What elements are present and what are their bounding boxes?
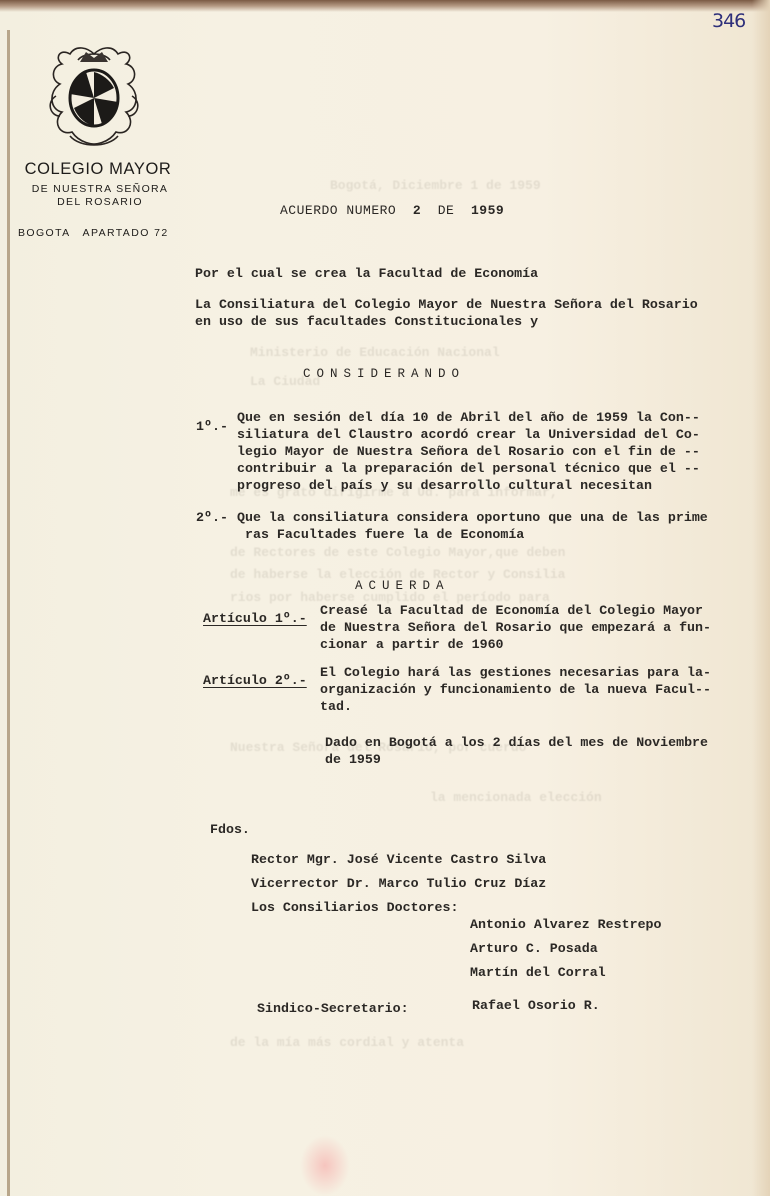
consideration-line: contribuir a la preparación del personal… [237,461,700,478]
document-title: ACUERDO NUMERO 2 DE 1959 [280,203,504,220]
dated-line: Dado en Bogotá a los 2 días del mes de N… [325,735,708,752]
city: BOGOTA [18,227,71,239]
letterhead: COLEGIO MAYOR DE NUESTRA SEÑORA DEL ROSA… [0,160,200,208]
consideration-line: Que la consiliatura considera oportuno q… [237,510,708,527]
bleed-through-text: de Rectores de este Colegio Mayor,que de… [230,545,565,560]
page-edge-shadow [752,0,770,1196]
page-top-edge [0,0,770,12]
coat-of-arms-icon [40,40,148,152]
signatory-consiliario: Antonio Alvarez Restrepo [470,917,662,934]
institution-subtitle: DE NUESTRA SEÑORA [0,183,200,195]
sindico-label: Sindico-Secretario: [257,1001,409,1018]
bleed-through-text: Ministerio de Educación Nacional [250,345,500,360]
signatory-rector: Rector Mgr. José Vicente Castro Silva [251,852,546,869]
article-line: de Nuestra Señora del Rosario que empeza… [320,620,711,637]
article-1-label: Artículo 1º.- [203,611,307,626]
stamp-mark [300,1135,350,1196]
article-line: organización y funcionamiento de la nuev… [320,682,711,699]
consideration-label: 1º.- [196,419,228,436]
dated-line: de 1959 [325,752,381,769]
article-label: Artículo 1º.- [203,611,307,628]
signatory-consiliario: Arturo C. Posada [470,941,598,958]
institution-name: COLEGIO MAYOR [0,160,200,179]
bleed-through-text: la mencionada elección [430,790,602,805]
bleed-through-text: de la mía más cordial y atenta [230,1035,464,1050]
title-prefix: ACUERDO NUMERO [280,203,396,218]
title-de: DE [438,203,455,218]
agreement-number: 2 [413,203,421,218]
consideration-line: ras Facultades fuere la de Economía [245,527,524,544]
article-2-label: Artículo 2º.- [203,673,307,688]
signatory-sindico: Rafael Osorio R. [472,998,600,1015]
article-line: cionar a partir de 1960 [320,637,504,654]
consideration-label: 2º.- [196,510,228,527]
preamble-line: en uso de sus facultades Constitucionale… [195,314,538,331]
document-page: Bogotá, Diciembre 1 de 1959 Ministerio d… [0,0,770,1196]
letterhead-address: BOGOTAAPARTADO 72 [18,227,169,239]
consideration-line: Que en sesión del día 10 de Abril del añ… [237,410,700,427]
po-box: APARTADO 72 [83,227,169,239]
institution-subtitle: DEL ROSARIO [0,196,200,208]
article-line: Creasé la Facultad de Economía del Coleg… [320,603,703,620]
consiliarios-label: Los Consiliarios Doctores: [251,900,458,917]
agreement-year: 1959 [471,203,504,218]
bleed-through-text: Bogotá, Diciembre 1 de 1959 [330,178,541,193]
consideration-line: progreso del país y su desarrollo cultur… [237,478,652,495]
subject-line: Por el cual se crea la Facultad de Econo… [195,266,538,283]
acuerda-heading: ACUERDA [355,578,450,595]
fdos-label: Fdos. [210,822,250,839]
article-line: tad. [320,699,352,716]
consideration-line: legio Mayor de Nuestra Señora del Rosari… [237,444,700,461]
consideration-line: siliatura del Claustro acordó crear la U… [237,427,700,444]
considerando-heading: CONSIDERANDO [303,366,465,383]
preamble-line: La Consiliatura del Colegio Mayor de Nue… [195,297,698,314]
signatory-consiliario: Martín del Corral [470,965,606,982]
folio-number: 346 [712,10,745,32]
article-label: Artículo 2º.- [203,673,307,690]
signatory-vicerrector: Vicerrector Dr. Marco Tulio Cruz Díaz [251,876,546,893]
article-line: El Colegio hará las gestiones necesarias… [320,665,711,682]
